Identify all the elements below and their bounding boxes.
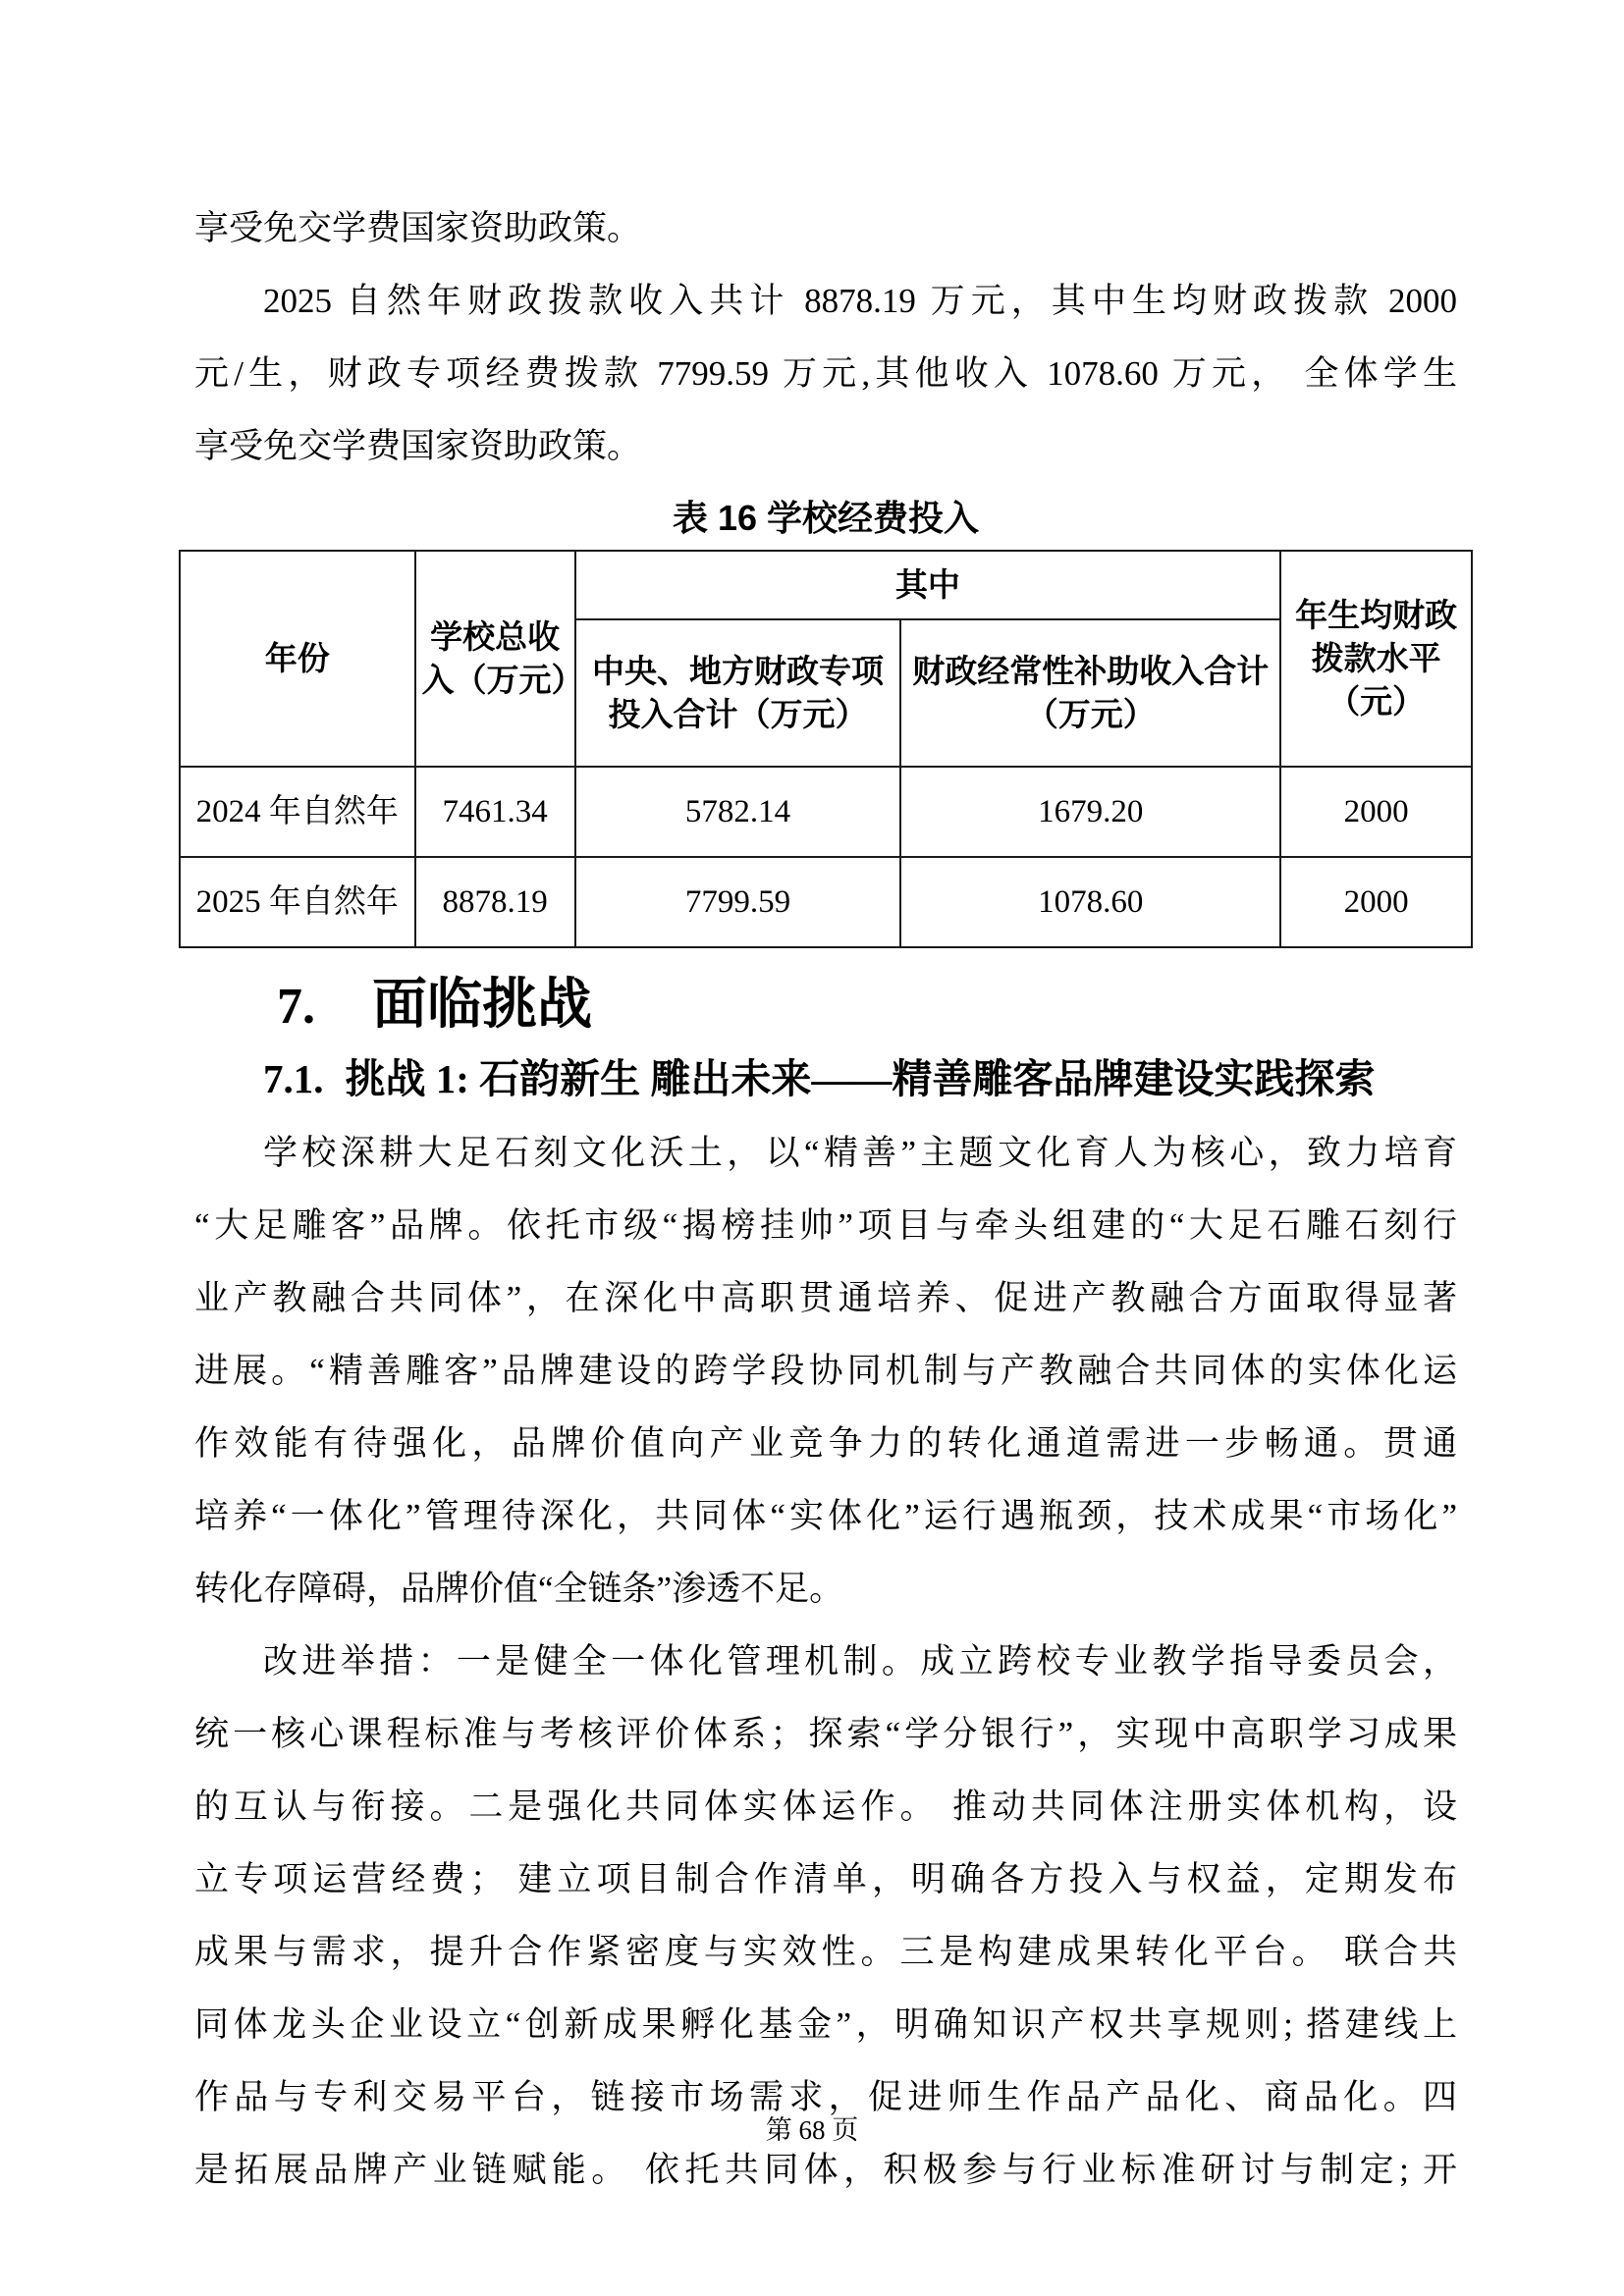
- section-heading: 7. 面临挑战: [194, 972, 1457, 1037]
- col-header-year: 年份: [180, 551, 415, 767]
- text-line: 立专项运营经费； 建立项目制合作清单，明确各方投入与权益，定期发布: [194, 1843, 1457, 1916]
- text-line: 元/生，财政专项经费拨款 7799.59 万元,其他收入 1078.60 万元，…: [194, 338, 1457, 410]
- document-page: 享受免交学费国家资助政策。 2025 自然年财政拨款收入共计 8878.19 万…: [0, 0, 1624, 2296]
- table-cell: 1679.20: [900, 767, 1280, 857]
- text-line: 学校深耕大足石刻文化沃土，以“精善”主题文化育人为核心，致力培育: [194, 1117, 1457, 1190]
- text-line: 进展。“精善雕客”品牌建设的跨学段协同机制与产教融合共同体的实体化运: [194, 1335, 1457, 1408]
- text-line: 改进举措：一是健全一体化管理机制。成立跨校专业教学指导委员会，: [194, 1626, 1457, 1698]
- text-line: 作效能有待强化，品牌价值向产业竞争力的转化通道需进一步畅通。贯通: [194, 1408, 1457, 1480]
- funding-table: 年份 学校总收入（万元） 其中 年生均财政拨款水平（元） 中央、地方财政专项投入…: [179, 550, 1473, 948]
- col-header-total-income: 学校总收入（万元）: [415, 551, 575, 767]
- page-footer: 第 68 页: [0, 2109, 1624, 2147]
- table-cell: 8878.19: [415, 857, 575, 947]
- table-row: 2025 年自然年8878.197799.591078.602000: [180, 857, 1472, 947]
- table-cell: 1078.60: [900, 857, 1280, 947]
- text-line: “大足雕客”品牌。依托市级“揭榜挂帅”项目与牵头组建的“大足石雕石刻行: [194, 1190, 1457, 1262]
- section-title: 面临挑战: [372, 972, 592, 1037]
- text-line: 统一核心课程标准与考核评价体系；探索“学分银行”，实现中高职学习成果: [194, 1698, 1457, 1771]
- section-number: 7.: [277, 975, 315, 1040]
- paragraph-2025-funding: 2025 自然年财政拨款收入共计 8878.19 万元，其中生均财政拨款 200…: [194, 265, 1457, 483]
- page-content: 享受免交学费国家资助政策。 2025 自然年财政拨款收入共计 8878.19 万…: [194, 0, 1457, 2207]
- subsection-heading: 7.1. 挑战 1: 石韵新生 雕出未来——精善雕客品牌建设实践探索: [194, 1052, 1457, 1105]
- table-cell: 7461.34: [415, 767, 575, 857]
- text-line: 培养“一体化”管理待深化，共同体“实体化”运行遇瓶颈，技术成果“市场化”: [194, 1480, 1457, 1553]
- table-cell: 7799.59: [575, 857, 901, 947]
- text-line: 转化存障碍，品牌价值“全链条”渗透不足。: [194, 1553, 1457, 1626]
- table-row: 2024 年自然年7461.345782.141679.202000: [180, 767, 1472, 857]
- col-header-among: 其中: [575, 551, 1281, 619]
- text-line: 享受免交学费国家资助政策。: [194, 410, 1457, 483]
- text-line: 2025 自然年财政拨款收入共计 8878.19 万元，其中生均财政拨款 200…: [194, 265, 1457, 338]
- table-cell: 2000: [1280, 767, 1472, 857]
- paragraph-challenge-description: 学校深耕大足石刻文化沃土，以“精善”主题文化育人为核心，致力培育“大足雕客”品牌…: [194, 1117, 1457, 1626]
- text-line: 业产教融合共同体”，在深化中高职贯通培养、促进产教融合方面取得显著: [194, 1262, 1457, 1335]
- table-cell: 2000: [1280, 857, 1472, 947]
- col-header-per-student-funding: 年生均财政拨款水平（元）: [1280, 551, 1472, 767]
- table-cell: 2025 年自然年: [180, 857, 415, 947]
- text-line: 的互认与衔接。二是强化共同体实体运作。 推动共同体注册实体机构，设: [194, 1771, 1457, 1843]
- paragraph-policy-continuation: 享受免交学费国家资助政策。: [194, 192, 1457, 265]
- table-caption: 表 16 学校经费投入: [194, 493, 1457, 544]
- col-header-regular-subsidy: 财政经常性补助收入合计（万元）: [900, 619, 1280, 767]
- table-header-row: 年份 学校总收入（万元） 其中 年生均财政拨款水平（元）: [180, 551, 1472, 619]
- col-header-central-local-special: 中央、地方财政专项投入合计（万元）: [575, 619, 901, 767]
- subsection-title: 挑战 1: 石韵新生 雕出未来——精善雕客品牌建设实践探索: [346, 1052, 1376, 1105]
- text-line: 成果与需求，提升合作紧密度与实效性。三是构建成果转化平台。 联合共: [194, 1916, 1457, 1989]
- table-cell: 2024 年自然年: [180, 767, 415, 857]
- page-number: 第 68 页: [766, 2115, 859, 2145]
- funding-table-wrap: 年份 学校总收入（万元） 其中 年生均财政拨款水平（元） 中央、地方财政专项投入…: [179, 550, 1473, 948]
- text-line: 享受免交学费国家资助政策。: [194, 192, 1457, 265]
- subsection-number: 7.1.: [263, 1052, 324, 1105]
- text-line: 同体龙头企业设立“创新成果孵化基金”，明确知识产权共享规则; 搭建线上: [194, 1989, 1457, 2061]
- table-cell: 5782.14: [575, 767, 901, 857]
